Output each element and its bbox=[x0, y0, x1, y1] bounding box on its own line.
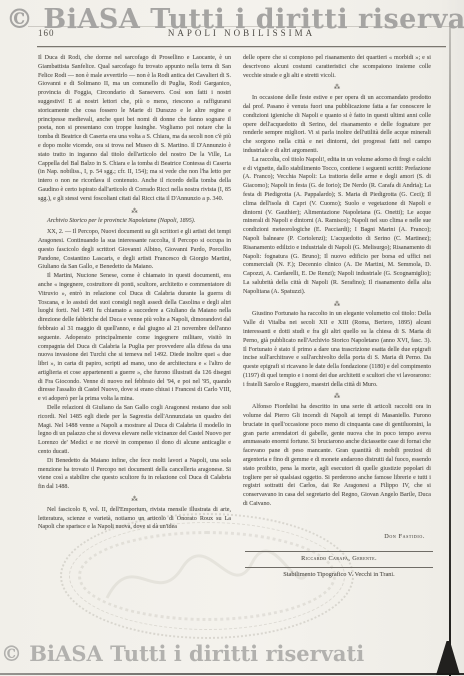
article-heading: Archivio Storico per le provincie Napole… bbox=[38, 217, 231, 226]
body-paragraph: Il Martini, Nucione Senese, come è chiam… bbox=[38, 272, 231, 404]
author-signature: Don Fastidio. bbox=[245, 533, 433, 542]
section-divider-asterism: ⁂ bbox=[243, 300, 431, 309]
body-paragraph: Alfonso Fiordelisi ha descritto in una s… bbox=[243, 403, 431, 509]
body-paragraph: Di Benedetto da Maiano infine, che fece … bbox=[38, 457, 231, 492]
colophon: Don Fastidio. Riccardo Carafa, Gerente. … bbox=[245, 533, 433, 579]
section-divider-asterism: ⁂ bbox=[38, 495, 231, 504]
body-paragraph: XX, 2. — Il Percopo, Nuovi documenti su … bbox=[38, 228, 231, 272]
body-paragraph: Nel fascicolo 8, vol. II, dell'Emporium,… bbox=[38, 506, 231, 532]
section-divider-asterism: ⁂ bbox=[243, 83, 431, 92]
section-divider-asterism: ⁂ bbox=[38, 207, 231, 216]
journal-title: NAPOLI NOBILISSIMA bbox=[37, 28, 446, 38]
gerente-line: Riccardo Carafa, Gerente. bbox=[245, 555, 433, 564]
body-paragraph: delle opere che si compiono pel risaname… bbox=[243, 54, 431, 80]
body-paragraph: In occasione delle feste estive e per op… bbox=[243, 94, 431, 156]
footer-rule bbox=[245, 551, 433, 552]
body-paragraph: Giustino Fortunato ha raccolto in un ele… bbox=[243, 310, 431, 389]
page-edge-shadow bbox=[449, 26, 451, 676]
body-paragraph: Delle relazioni di Giuliano da San Gallo… bbox=[38, 404, 231, 457]
watermark-bottom: © BiASA Tutti i diritti riservati bbox=[1, 641, 364, 666]
body-paragraph: La raccolta, col titolo Napoli!, edita i… bbox=[243, 156, 431, 297]
body-paragraph: Il Duca di Rodi, che dorme nel sarcofago… bbox=[38, 54, 231, 204]
footer-rule bbox=[245, 567, 433, 568]
section-divider-asterism: ⁂ bbox=[243, 392, 431, 401]
left-column: Il Duca di Rodi, che dorme nel sarcofago… bbox=[38, 54, 231, 532]
right-column: delle opere che si compiono pel risaname… bbox=[243, 54, 431, 509]
bottom-edge-shadow bbox=[0, 673, 464, 675]
printer-line: Stabilimento Tipografico V. Vecchi in Tr… bbox=[245, 571, 433, 580]
scanned-journal-page: © BiASA Tutti i diritti riservati © BiAS… bbox=[0, 0, 464, 676]
header-rule bbox=[37, 46, 446, 47]
spine-shadow bbox=[436, 641, 460, 675]
